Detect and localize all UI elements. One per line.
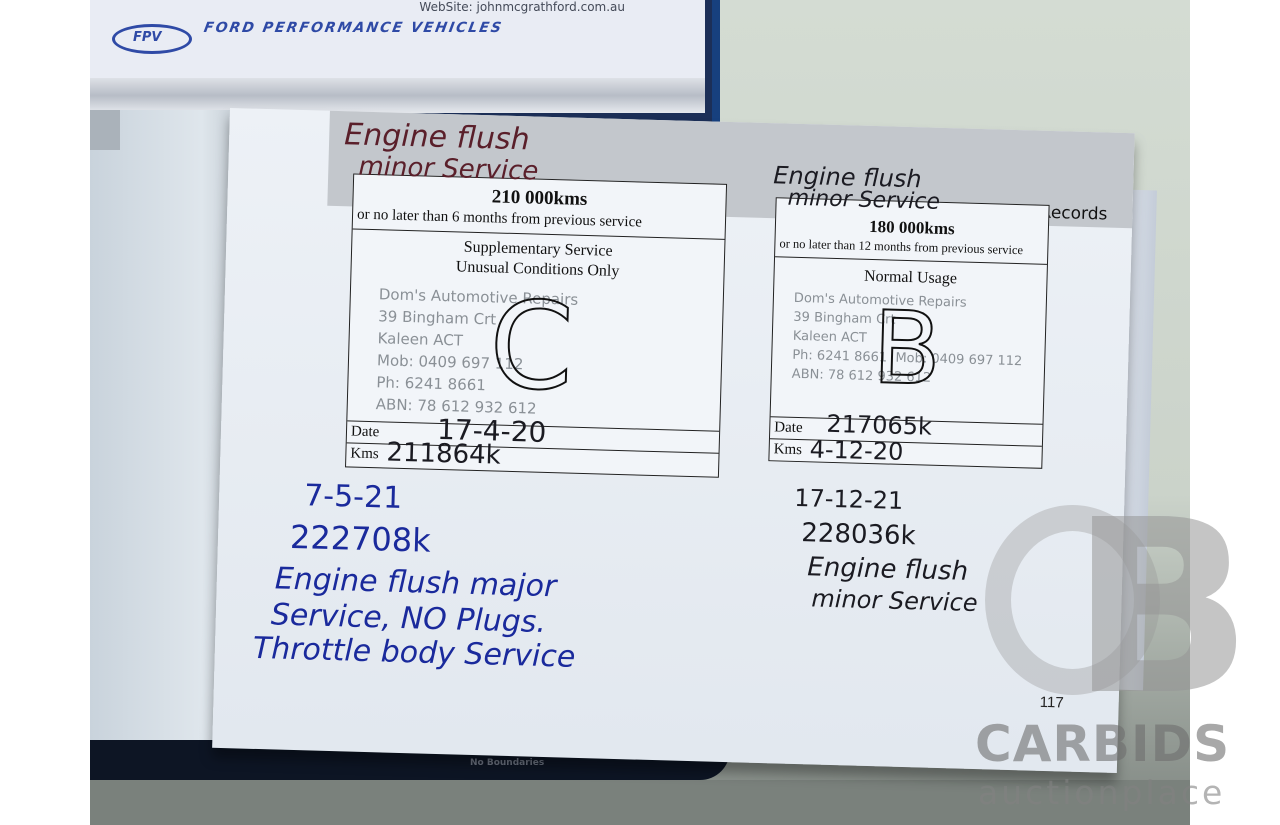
dealer-card: WebSite: johnmcgrathford.com.au FPV FORD… bbox=[90, 0, 705, 78]
service-record-page: Service Records 210 000kms or no later t… bbox=[212, 108, 1135, 773]
kms-label: Kms bbox=[773, 441, 802, 459]
entry-left-kms: 222708k bbox=[290, 518, 432, 560]
fpv-logo-text: FPV bbox=[133, 30, 161, 45]
fpv-logo-icon: FPV bbox=[112, 24, 192, 54]
plastic-sleeve bbox=[90, 78, 705, 113]
entry-right-date: 17-12-21 bbox=[794, 484, 904, 515]
handwritten-kms: 211864k bbox=[386, 438, 501, 471]
left-page bbox=[90, 110, 230, 740]
handwritten-subtitle-c: minor Service bbox=[358, 152, 539, 187]
service-box-c: 210 000kms or no later than 6 months fro… bbox=[345, 173, 727, 477]
date-label: Date bbox=[351, 424, 380, 442]
date-label: Date bbox=[774, 419, 803, 437]
entry-right-line2: minor Service bbox=[811, 584, 978, 617]
brand-name: FORD PERFORMANCE VEHICLES bbox=[203, 20, 505, 36]
service-box-b: 180 000kms or no later than 12 months fr… bbox=[768, 197, 1049, 469]
page-number: 117 bbox=[1040, 694, 1064, 712]
logbook-photo: WebSite: johnmcgrathford.com.au FPV FORD… bbox=[90, 0, 1190, 825]
handwritten-subtitle-b: minor Service bbox=[787, 186, 940, 215]
entry-right-line1: Engine flush bbox=[807, 552, 968, 586]
service-letter: B bbox=[871, 289, 943, 408]
left-page-tab bbox=[90, 110, 120, 150]
entry-right-kms: 228036k bbox=[801, 518, 916, 551]
wallet-slogan: No Boundaries bbox=[470, 758, 544, 768]
handwritten-kms-field: 4-12-20 bbox=[809, 435, 903, 466]
watermark-tagline: auctionplace bbox=[978, 773, 1225, 812]
kms-label: Kms bbox=[350, 445, 379, 463]
watermark-brand: CARBIDS bbox=[975, 715, 1230, 773]
dealer-website: WebSite: johnmcgrathford.com.au bbox=[419, 0, 625, 14]
service-type: Normal Usage bbox=[774, 264, 1046, 291]
watermark-b-icon: B bbox=[1070, 508, 1253, 708]
entry-left-date: 7-5-21 bbox=[304, 478, 403, 516]
service-letter: C bbox=[488, 276, 576, 417]
